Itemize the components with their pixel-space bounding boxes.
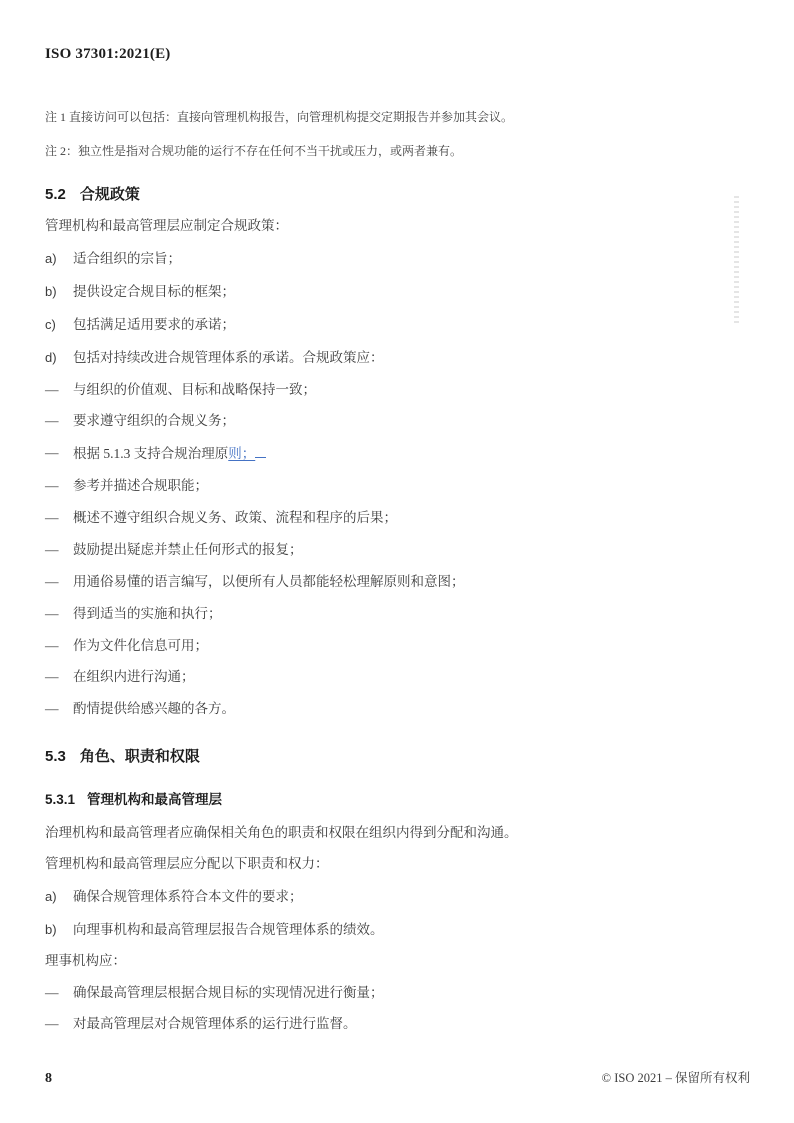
paragraph: 治理机构和最高管理者应确保相关角色的职责和权限在组织内得到分配和沟通。	[45, 825, 750, 842]
list-marker: d)	[45, 350, 73, 367]
dash-marker: —	[45, 382, 73, 399]
dash-item: —确保最高管理层根据合规目标的实现情况进行衡量；	[45, 985, 750, 1002]
section-5-3-number: 5.3	[45, 748, 66, 765]
note-1: 注 1 直接访问可以包括：直接向管理机构报告，向管理机构提交定期报告并参加其会议…	[45, 110, 750, 126]
dash-item: —在组织内进行沟通；	[45, 669, 750, 686]
dash-marker: —	[45, 413, 73, 430]
dash-item-text: 根据 5.1.3 支持合规治理原	[73, 446, 228, 461]
dash-marker: —	[45, 606, 73, 623]
section-5-2-title: 合规政策	[80, 187, 140, 203]
document-page: ISO 37301:2021(E) 注 1 直接访问可以包括：直接向管理机构报告…	[0, 0, 794, 1123]
list-item-b: b)提供设定合规目标的框架；	[45, 284, 750, 301]
list-item-c: c)包括满足适用要求的承诺；	[45, 317, 750, 334]
section-5-3-title: 角色、职责和权限	[80, 749, 200, 765]
paragraph: 理事机构应：	[45, 953, 750, 970]
dash-item: —要求遵守组织的合规义务；	[45, 413, 750, 430]
list-item-d: d)包括对持续改进合规管理体系的承诺。合规政策应：	[45, 350, 750, 367]
list-marker: a)	[45, 889, 73, 906]
list-item-a: a)确保合规管理体系符合本文件的要求；	[45, 889, 750, 906]
link-underline-tail	[255, 445, 266, 458]
dash-item: —酌情提供给感兴趣的各方。	[45, 701, 750, 718]
list-marker: c)	[45, 317, 73, 334]
section-5-3-1-heading: 5.3.1管理机构和最高管理层	[45, 788, 750, 808]
dash-marker: —	[45, 445, 73, 463]
dash-item-with-link: —根据 5.1.3 支持合规治理原则；	[45, 445, 750, 463]
dash-item: —参考并描述合规职能；	[45, 478, 750, 495]
page-number: 8	[45, 1071, 52, 1087]
dash-item: —对最高管理层对合规管理体系的运行进行监督。	[45, 1016, 750, 1033]
section-5-2-number: 5.2	[45, 186, 66, 203]
governance-principles-link[interactable]: 则；	[228, 446, 255, 461]
list-marker: b)	[45, 284, 73, 301]
list-item-b: b)向理事机构和最高管理层报告合规管理体系的绩效。	[45, 922, 750, 939]
dash-marker: —	[45, 1016, 73, 1033]
dash-item: —作为文件化信息可用；	[45, 638, 750, 655]
list-marker: a)	[45, 251, 73, 268]
dash-marker: —	[45, 701, 73, 718]
dash-item: —鼓励提出疑虑并禁止任何形式的报复；	[45, 542, 750, 559]
dash-marker: —	[45, 542, 73, 559]
paragraph: 管理机构和最高管理层应分配以下职责和权力：	[45, 856, 750, 873]
dash-marker: —	[45, 478, 73, 495]
dash-marker: —	[45, 574, 73, 591]
page-footer: 8 © ISO 2021 – 保留所有权利	[45, 1068, 750, 1087]
dash-marker: —	[45, 638, 73, 655]
document-id-header: ISO 37301:2021(E)	[45, 0, 750, 63]
dash-item: —概述不遵守组织合规义务、政策、流程和程序的后果；	[45, 510, 750, 527]
section-5-2-intro: 管理机构和最高管理层应制定合规政策：	[45, 218, 750, 235]
list-item-a: a)适合组织的宗旨；	[45, 251, 750, 268]
dash-item: —得到适当的实施和执行；	[45, 606, 750, 623]
dash-marker: —	[45, 985, 73, 1002]
section-5-2-heading: 5.2合规政策	[45, 183, 750, 204]
list-marker: b)	[45, 922, 73, 939]
section-5-3-1-number: 5.3.1	[45, 792, 75, 807]
section-5-3-1-title: 管理机构和最高管理层	[87, 792, 222, 807]
dash-marker: —	[45, 669, 73, 686]
dash-item: —用通俗易懂的语言编写，以便所有人员都能轻松理解原则和意图；	[45, 574, 750, 591]
section-5-3-heading: 5.3角色、职责和权限	[45, 745, 750, 766]
note-2: 注 2：独立性是指对合规功能的运行不存在任何不当干扰或压力，或两者兼有。	[45, 144, 750, 160]
dash-item: —与组织的价值观、目标和战略保持一致；	[45, 382, 750, 399]
margin-watermark	[734, 196, 739, 324]
copyright-notice: © ISO 2021 – 保留所有权利	[602, 1068, 750, 1086]
dash-marker: —	[45, 510, 73, 527]
